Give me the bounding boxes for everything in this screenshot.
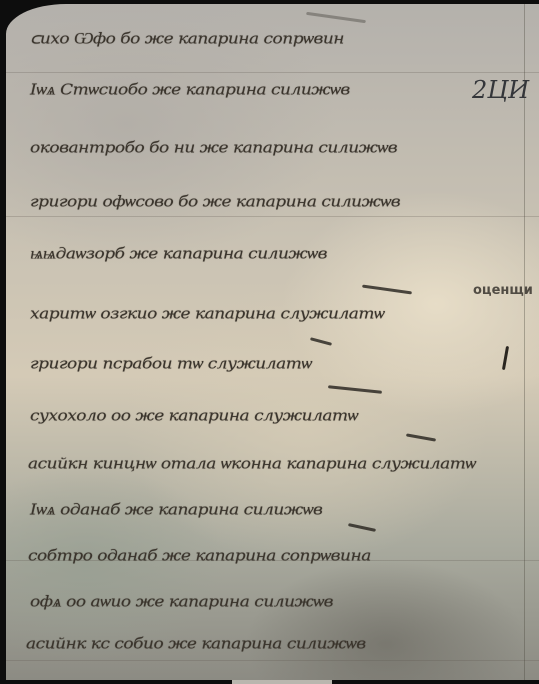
manuscript-line-8: сухохоло оо же капарина служилатѡ <box>30 407 358 425</box>
ink-stroke <box>306 12 366 23</box>
page-edge <box>524 4 525 680</box>
margin-note: оценщи <box>473 283 533 298</box>
manuscript-page: 2ЦИ оценщи ᲃихо Ѡфо бо же капарина сопрѡ… <box>6 4 539 680</box>
manuscript-line-2: Іѡѧ Стѡсиобо же капарина силижѡв <box>30 81 350 99</box>
manuscript-line-13: асийнк кс собио же капарина силижѡв <box>26 635 366 653</box>
manuscript-line-9: асийкн кинцнѡ отала ѡконна капарина служ… <box>28 455 476 473</box>
bottom-strip <box>232 680 332 684</box>
manuscript-line-1: ᲃихо Ѡфо бо же капарина сопрѡвин <box>30 27 344 48</box>
manuscript-line-6: харитѡ озгкио же капарина служилатѡ <box>30 305 384 323</box>
manuscript-line-3: оковантробо бо ни же капарина силижѡв <box>30 139 397 157</box>
manuscript-line-7: григори псрабои тѡ служилатѡ <box>30 355 312 373</box>
manuscript-line-4: григори офѡсово бо же капарина силижѡв <box>30 193 400 211</box>
ink-stroke <box>310 337 332 346</box>
ruling-line <box>6 660 539 661</box>
manuscript-line-10: Іѡѧ оданаб же капарина силижѡв <box>30 501 322 519</box>
manuscript-photo: 2ЦИ оценщи ᲃихо Ѡфо бо же капарина сопрѡ… <box>0 0 539 684</box>
margin-mark <box>502 346 509 370</box>
manuscript-line-5: ѩѩдаѡзорб же капарина силижѡв <box>30 245 327 263</box>
ink-stroke <box>362 285 412 295</box>
ink-stroke <box>348 523 376 532</box>
folio-number: 2ЦИ <box>472 76 529 104</box>
manuscript-line-11: собтро оданаб же капарина сопрѡвина <box>28 547 371 565</box>
ink-stroke <box>406 433 436 441</box>
ink-stroke <box>328 385 382 394</box>
manuscript-line-12: офѧ оо аѡио же капарина силижѡв <box>30 593 333 611</box>
ruling-line <box>6 72 539 73</box>
ruling-line <box>6 216 539 217</box>
